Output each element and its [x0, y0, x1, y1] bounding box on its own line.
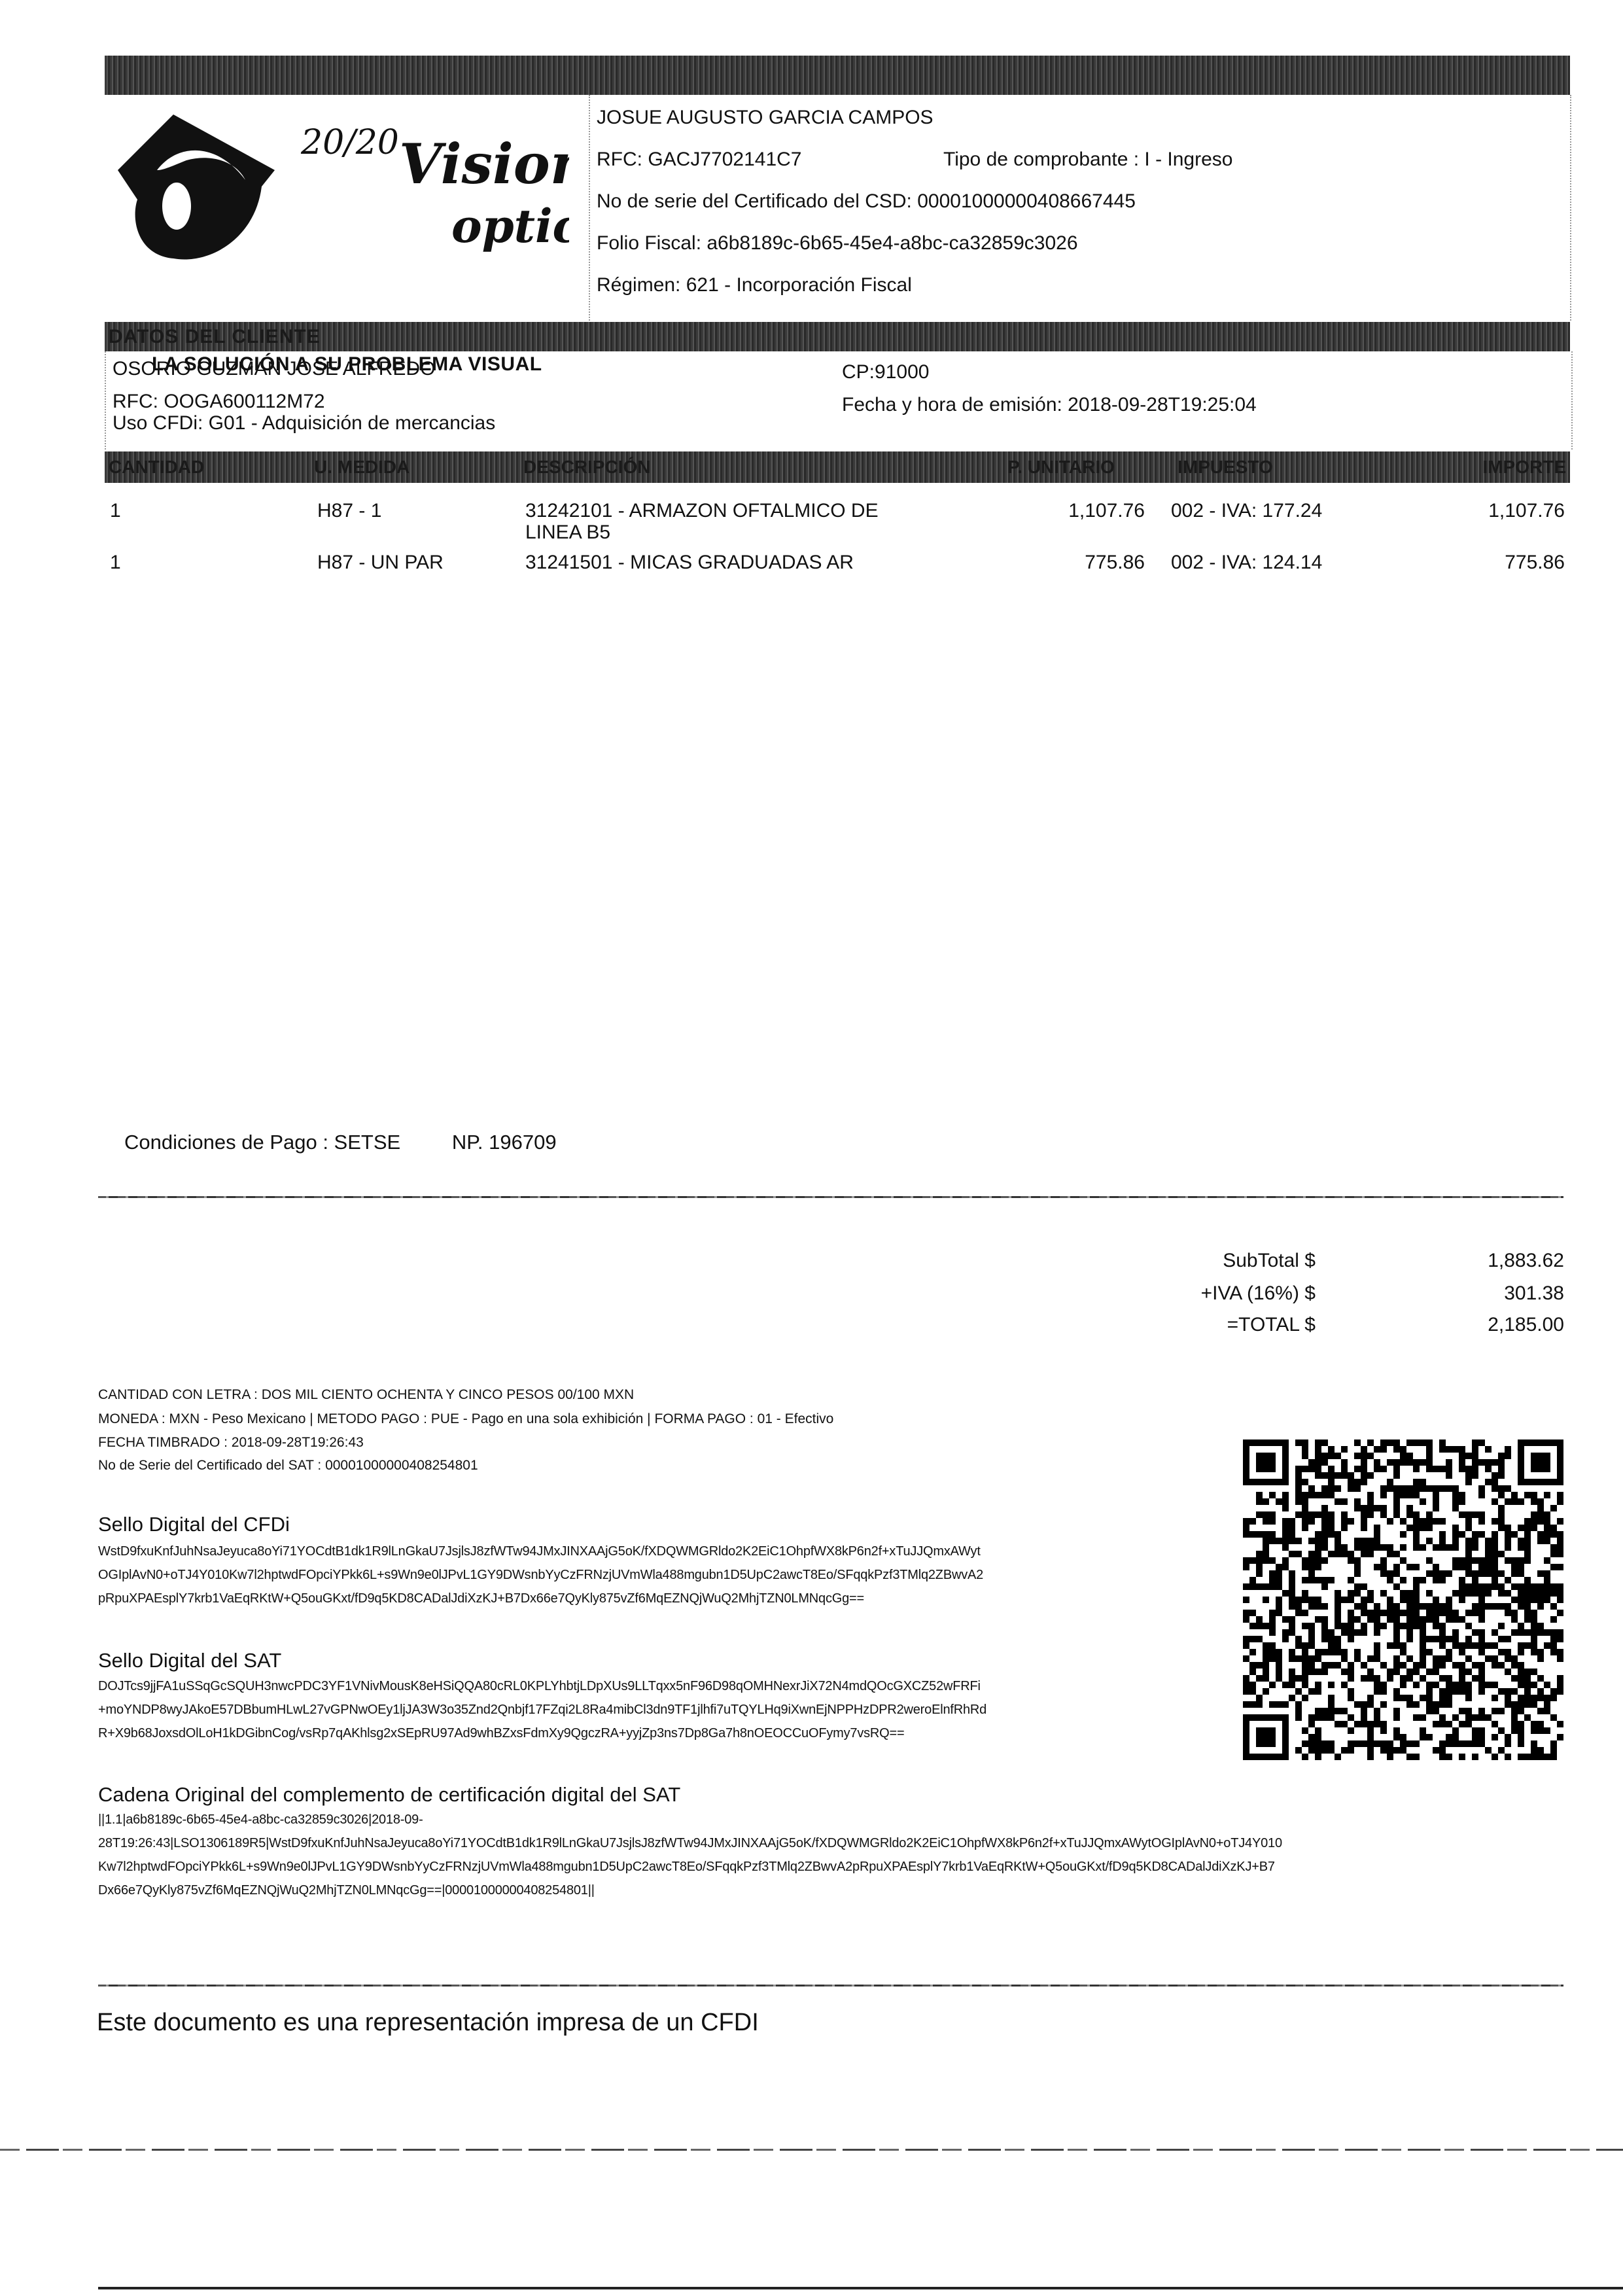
cell-importe: 775.86: [1505, 552, 1565, 574]
cell-impuesto: 002 - IVA: 177.24: [1171, 500, 1322, 522]
sello-cfdi-title: Sello Digital del CFDi: [98, 1513, 290, 1536]
condiciones-pago: Condiciones de Pago : SETSE: [124, 1131, 400, 1154]
iva-value: 301.38: [1504, 1282, 1564, 1305]
footer-note: Este documento es una representación imp…: [97, 2009, 759, 2037]
np-number: NP. 196709: [452, 1131, 557, 1154]
total-value: 2,185.00: [1488, 1314, 1564, 1336]
issuer-rfc: RFC: GACJ7702141C7: [597, 149, 801, 171]
client-cp: CP:91000: [842, 361, 929, 383]
subtotal-value: 1,883.62: [1488, 1250, 1564, 1272]
table-header: CANTIDAD U. MEDIDA DESCRIPCIÓN P. UNITAR…: [105, 451, 1570, 483]
col-impuesto: IMPUESTO: [1178, 457, 1273, 478]
eye-logo-icon: 20/20 Vision optica: [111, 108, 569, 265]
cell-cantidad: 1: [110, 500, 121, 522]
regimen: Régimen: 621 - Incorporación Fiscal: [597, 274, 912, 296]
sello-cfdi-line: pRpuXPAEsplY7krb1VaEqRKtW+Q5ouGKxt/fD9q5…: [98, 1591, 864, 1606]
issuer-info: JOSUE AUGUSTO GARCIA CAMPOS RFC: GACJ770…: [589, 95, 1571, 321]
client-section-label: DATOS DEL CLIENTE: [109, 326, 321, 348]
cadena-original-line: Dx66e7QyKly875vZf6MqEZNQjWuQ2MhjTZN0LMNq…: [98, 1883, 595, 1898]
col-importe: IMPORTE: [1482, 457, 1566, 478]
client-uso-cfdi: Uso CFDi: G01 - Adquisición de mercancia…: [113, 412, 495, 434]
client-rfc: RFC: OOGA600112M72: [113, 391, 325, 413]
cell-unidad: H87 - 1: [317, 500, 381, 522]
sello-cfdi-line: OGIplAvN0+oTJ4Y010Kw7l2hptwdFOpciYPkk6L+…: [98, 1568, 983, 1583]
header-bar: [105, 56, 1570, 95]
fecha-emision: Fecha y hora de emisión: 2018-09-28T19:2…: [842, 394, 1257, 416]
cadena-original-line: ||1.1|a6b8189c-6b65-45e4-a8bc-ca32859c30…: [98, 1812, 423, 1828]
svg-text:Vision: Vision: [399, 132, 569, 196]
cadena-original-line: Kw7l2hptwdFOpciYPkk6L+s9Wn9e0lJPvL1GY9DW…: [98, 1860, 1275, 1875]
cell-cantidad: 1: [110, 552, 121, 574]
svg-text:optica: optica: [451, 199, 569, 253]
col-unidad: U. MEDIDA: [314, 457, 410, 478]
fecha-timbrado: FECHA TIMBRADO : 2018-09-28T19:26:43: [98, 1435, 364, 1451]
table-row: 1 H87 - UN PAR 31241501 - MICAS GRADUADA…: [105, 552, 1570, 578]
cantidad-con-letra: CANTIDAD CON LETRA : DOS MIL CIENTO OCHE…: [98, 1387, 634, 1403]
client-name: OSORIO GUZMAN JOSE ALFREDO: [113, 358, 435, 380]
total-label: =TOTAL $: [1227, 1314, 1316, 1336]
payment-conditions: Condiciones de Pago : SETSE NP. 196709: [124, 1131, 557, 1154]
logo-fraction: 20/20: [300, 123, 399, 162]
cell-precio-unitario: 775.86: [1085, 552, 1145, 574]
divider: [98, 1985, 1563, 1987]
page-bottom-edge: [98, 2287, 1623, 2289]
sello-sat-line: R+X9b68JoxsdOlLoH1kDGibnCog/vsRp7qAKhlsg…: [98, 1726, 905, 1741]
client-section-bar: DATOS DEL CLIENTE: [105, 322, 1570, 351]
cell-descripcion: 31242101 - ARMAZON OFTALMICO DE: [525, 500, 879, 522]
moneda-metodo-forma: MONEDA : MXN - Peso Mexicano | METODO PA…: [98, 1411, 833, 1427]
cell-descripcion: 31241501 - MICAS GRADUADAS AR: [525, 552, 854, 574]
col-precio-unitario: P. UNITARIO: [1007, 457, 1115, 478]
cell-precio-unitario: 1,107.76: [1068, 500, 1145, 522]
sello-sat-line: DOJTcs9jjFA1uSSqGcSQUH3nwcPDC3YF1VNivMou…: [98, 1679, 981, 1694]
cadena-original-line: 28T19:26:43|LSO1306189R5|WstD9fxuKnfJuhN…: [98, 1836, 1282, 1851]
folio-fiscal: Folio Fiscal: a6b8189c-6b65-45e4-a8bc-ca…: [597, 232, 1078, 255]
qr-code-icon: [1243, 1439, 1563, 1760]
page-edge-line: [0, 2149, 1623, 2151]
no-serie-csd: No de serie del Certificado del CSD: 000…: [597, 190, 1136, 213]
subtotal-label: SubTotal $: [1223, 1250, 1316, 1272]
col-descripcion: DESCRIPCIÓN: [523, 457, 650, 478]
sello-sat-title: Sello Digital del SAT: [98, 1649, 281, 1672]
sello-sat-line: +moYNDP8wyJAkoE57DBbumHLwL27vGPNwOEy1ljJ…: [98, 1703, 986, 1718]
cell-importe: 1,107.76: [1488, 500, 1565, 522]
no-serie-sat: No de Serie del Certificado del SAT : 00…: [98, 1458, 478, 1474]
iva-label: +IVA (16%) $: [1201, 1282, 1316, 1305]
sello-cfdi-line: WstD9fxuKnfJuhNsaJeyuca8oYi71YOCdtB1dk1R…: [98, 1544, 981, 1559]
divider: [98, 1196, 1563, 1198]
tipo-comprobante: Tipo de comprobante : I - Ingreso: [943, 149, 1232, 171]
col-cantidad: CANTIDAD: [109, 457, 204, 478]
cell-descripcion-cont: LINEA B5: [525, 521, 610, 544]
cell-unidad: H87 - UN PAR: [317, 552, 444, 574]
table-row: 1 H87 - 1 31242101 - ARMAZON OFTALMICO D…: [105, 500, 1570, 546]
client-info: OSORIO GUZMAN JOSE ALFREDO RFC: OOGA6001…: [105, 351, 1573, 450]
cadena-original-title: Cadena Original del complemento de certi…: [98, 1783, 680, 1807]
issuer-name: JOSUE AUGUSTO GARCIA CAMPOS: [597, 107, 934, 129]
cell-impuesto: 002 - IVA: 124.14: [1171, 552, 1322, 574]
